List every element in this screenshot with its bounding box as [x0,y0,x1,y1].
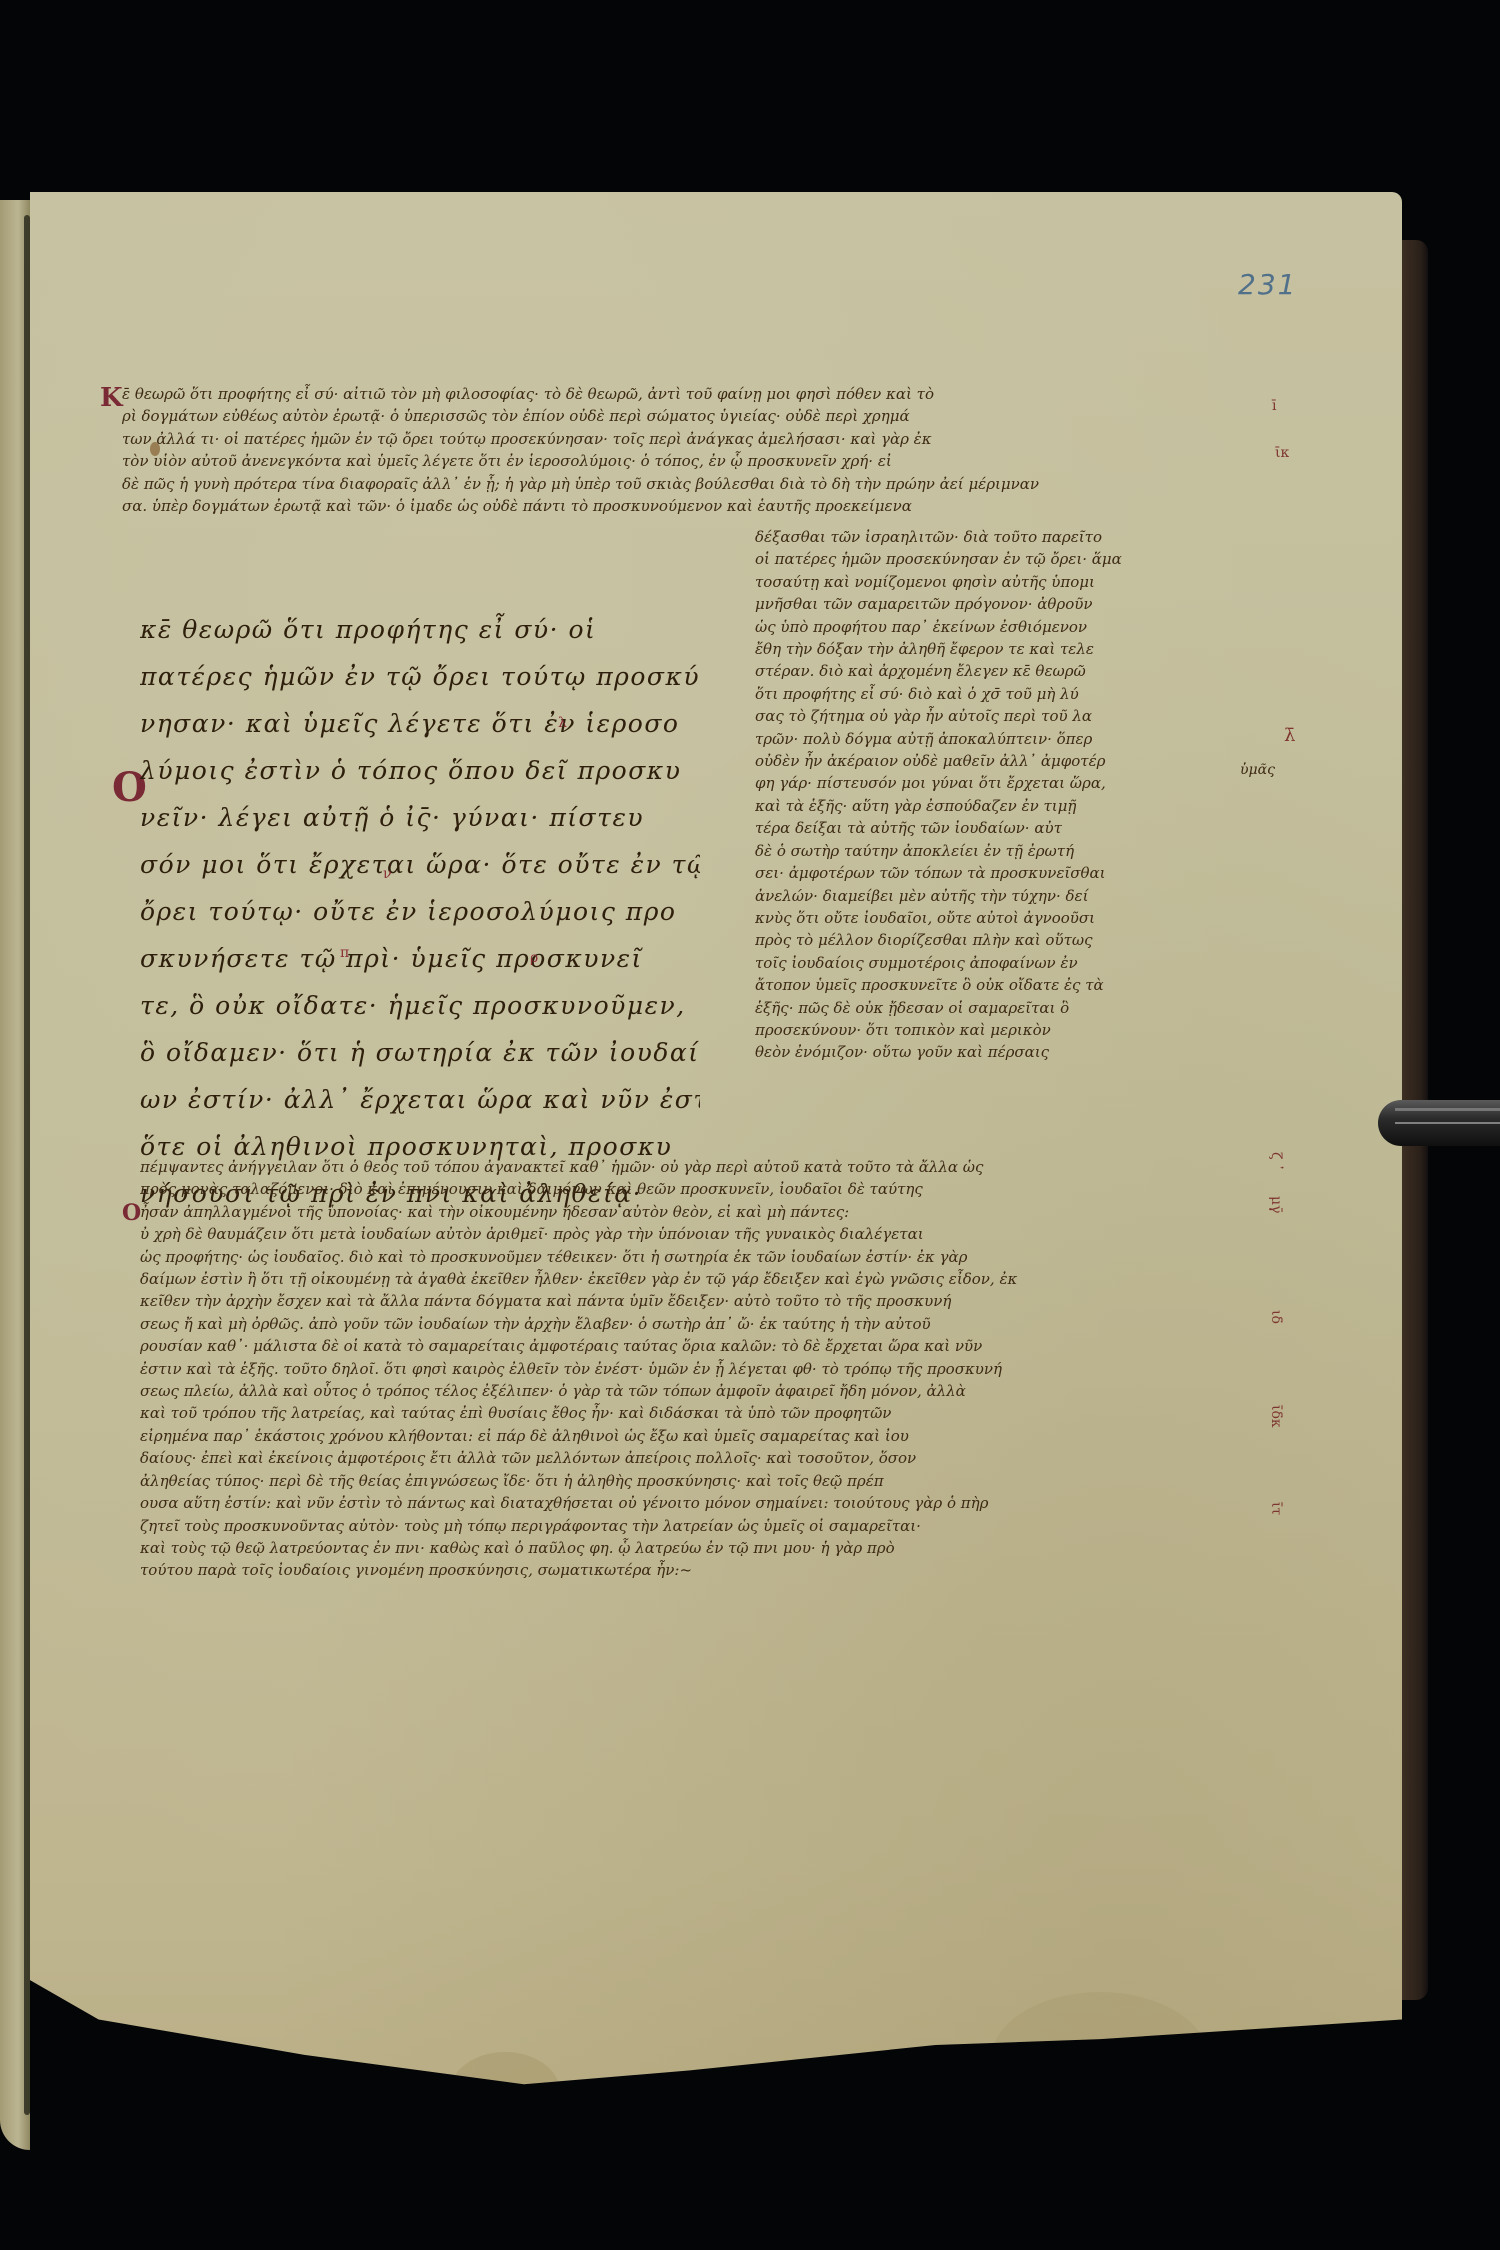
text-line: μνῆσθαι τῶν σαμαρειτῶν πρόγονον· ἀθροῦν [755,593,1215,615]
text-line: σεως πλείω, ἀλλὰ καὶ οὗτος ὁ τρόπος τέλο… [140,1380,1215,1402]
text-line: σεως ἤ καὶ μὴ ὀρθῶς. ἀπὸ γοῦν τῶν ἰουδαί… [140,1313,1215,1335]
interlinear-rubric-mark: λ [558,715,567,731]
margin-section-number: ῑτ [1268,1502,1284,1515]
text-line: στέραν. διὸ καὶ ἀρχομένη ἔλεγεν κε̄ θεωρ… [755,660,1215,682]
text-line: καὶ τὰ ἑξῆς· αὕτη γὰρ ἐσπούδαζεν ἐν τιμῇ [755,795,1215,817]
text-line: ἑξῆς· πῶς δὲ οὐκ ᾔδεσαν οἱ σαμαρεῖται ὃ [755,997,1215,1019]
lemma-line: νησαν· καὶ ὑμεῖς λέγετε ὅτι ἐν ἱεροσο [140,700,700,747]
text-line: κνὺς ὅτι οὔτε ἰουδαῖοι, οὔτε αὐτοὶ ἀγνοο… [755,907,1215,929]
text-line: ἐστιν καὶ τὰ ἑξῆς. τοῦτο δηλοῖ. ὅτι φησὶ… [140,1358,1215,1380]
clip-highlight [1395,1122,1500,1124]
text-line: οὐδὲν ἦν ἀκέραιον οὐδὲ μαθεῖν ἀλλ᾽ ἀμφοτ… [755,750,1215,772]
text-line: ε̄ θεωρῶ ὅτι προφήτης εἶ σύ· αἰτιῶ τὸν μ… [122,383,1212,405]
interlinear-rubric-mark: ρ [530,950,538,966]
lemma-line: τε, ὃ οὐκ οἴδατε· ἡμεῖς προσκυνοῦμεν, [140,982,700,1029]
text-line: ὡς προφήτης· ὡς ἰουδαῖος. διὸ καὶ τὸ προ… [140,1246,1215,1268]
text-line: ἦσαν ἀπηλλαγμένοι τῆς ὑπονοίας· καὶ τὴν … [140,1201,1215,1223]
text-line: σα. ὑπὲρ δογμάτων ἐρωτᾷ καὶ τῶν· ὁ ἰμαδε… [122,495,1212,517]
lemma-line: κε̄ θεωρῶ ὅτι προφήτης εἶ σύ· οἱ [140,606,700,653]
text-line: ρουσίαν καθ᾽· μάλιστα δὲ οἱ κατὰ τὸ σαμα… [140,1335,1215,1357]
text-line: δὲ ὁ σωτὴρ ταύτην ἀποκλείει ἐν τῇ ἐρωτή [755,840,1215,862]
text-line: δαίμων ἐστὶν ἢ ὅτι τῇ οἰκουμένῃ τὰ ἀγαθὰ… [140,1268,1215,1290]
text-line: τρῶν· πολὺ δόγμα αὐτῇ ἀποκαλύπτειν· ὅπερ [755,728,1215,750]
text-line: ὅτι προφήτης εἶ σύ· διὸ καὶ ὁ χσ̄ τοῦ μὴ… [755,683,1215,705]
rubric-initial-omicron-small: Ο [122,1200,141,1226]
margin-section-number: ιδ̄ [1268,1310,1284,1324]
text-line: τοσαύτῃ καὶ νομίζομενοι φησὶν αὐτῆς ὑπομ… [755,571,1215,593]
text-line: ζητεῖ τοὺς προσκυνοῦντας αὐτὸν· τοὺς μὴ … [140,1515,1215,1537]
interlinear-rubric-mark: ν [383,866,392,882]
margin-gloss: ὑμᾶς [1240,762,1275,778]
text-line: τοῖς ἰουδαίοις συμμοτέροις ἀποφαίνων ἐν [755,952,1215,974]
text-line: τούτου παρὰ τοῖς ἰουδαίοις γινομένη προσ… [140,1559,1215,1581]
text-line: καὶ τοὺς τῷ θεῷ λατρεύοντας ἐν πνι· καθὼ… [140,1537,1215,1559]
lemma-line: σκυνήσετε τῷ πρὶ· ὑμεῖς προσκυνεῖ [140,935,700,982]
commentary-bottom-block: πέμψαντες ἀνήγγειλαν ὅτι ὁ θεὸς τοῦ τόπο… [140,1156,1215,1582]
gutter-fold [24,215,30,2115]
margin-section-number: μγ̄ [1268,1196,1284,1213]
margin-section-number: λ̄ [1284,725,1295,746]
text-line: δαίους· ἐπεὶ καὶ ἐκείνοις ἀμφοτέροις ἔτι… [140,1447,1215,1469]
text-line: ἀνελών· διαμείβει μὲν αὐτῆς τὴν τύχην· δ… [755,885,1215,907]
text-line: τὸν υἱὸν αὐτοῦ ἀνενεγκόντα καὶ ὑμεῖς λέγ… [122,450,1212,472]
folio-number: 231 [1238,268,1297,301]
text-line: τέρα δείξαι τὰ αὐτῆς τῶν ἰουδαίων· αὐτ [755,817,1215,839]
text-line: ουσα αὕτη ἐστίν: καὶ νῦν ἐστὶν τὸ πάντως… [140,1492,1215,1514]
text-line: ἔθη τὴν δόξαν τὴν ἀληθῆ ἔφερον τε καὶ τε… [755,638,1215,660]
text-line: εἰρημένα παρ᾽ ἑκάστοις χρόνου κλήθονται:… [140,1425,1215,1447]
lemma-line: πατέρες ἡμῶν ἐν τῷ ὄρει τούτῳ προσκύ [140,653,700,700]
margin-section-number: ῑδ̄κ [1268,1405,1284,1428]
lemma-line: νεῖν· λέγει αὐτῇ ὁ ἰς̄· γύναι· πίστευ [140,794,700,841]
clip-highlight [1395,1108,1500,1111]
rubric-initial-kappa: Κ [100,383,123,413]
interlinear-rubric-mark: π [340,945,349,961]
text-line: κεῖθεν τὴν ἀρχὴν ἔσχεν καὶ τὰ ἄλλα πάντα… [140,1290,1215,1312]
text-line: δέξασθαι τῶν ἰσραηλιτῶν· διὰ τοῦτο παρεῖ… [755,526,1215,548]
lemma-line: λύμοις ἐστὶν ὁ τόπος ὅπου δεῖ προσκυ [140,747,700,794]
commentary-right-column: δέξασθαι τῶν ἰσραηλιτῶν· διὰ τοῦτο παρεῖ… [755,526,1215,1064]
commentary-top-block: ε̄ θεωρῶ ὅτι προφήτης εἶ σύ· αἰτιῶ τὸν μ… [122,383,1212,517]
lemma-line: ὄρει τούτῳ· οὔτε ἐν ἱεροσολύμοις προ [140,888,700,935]
text-line: καὶ τοῦ τρόπου τῆς λατρείας, καὶ ταύτας … [140,1402,1215,1424]
text-line: οἱ πατέρες ἡμῶν προσεκύνησαν ἐν τῷ ὄρει·… [755,548,1215,570]
lemma-line: ων ἐστίν· ἀλλ᾽ ἔρχεται ὥρα καὶ νῦν ἐστιν… [140,1076,700,1123]
lemma-line: σόν μοι ὅτι ἔρχεται ὥρα· ὅτε οὔτε ἐν τῷ [140,841,700,888]
text-line: ρὶ δογμάτων εὐθέως αὐτὸν ἐρωτᾷ· ὁ ὑπερισ… [122,405,1212,427]
text-line: πρὸς τὸ μέλλον διορίζεσθαι πλὴν καὶ οὕτω… [755,929,1215,951]
text-line: σει· ἀμφοτέρων τῶν τόπων τὰ προσκυνεῖσθα… [755,862,1215,884]
text-line: πρὸς μονὰς ταλαζόμενοι· διὸ καὶ ἐπιμένου… [140,1178,1215,1200]
text-line: σας τὸ ζήτημα οὐ γὰρ ἦν αὐτοῖς περὶ τοῦ … [755,705,1215,727]
text-line: δὲ πῶς ἡ γυνὴ πρότερα τίνα διαφοραῖς ἀλλ… [122,473,1212,495]
text-line: φη γάρ· πίστευσόν μοι γύναι ὅτι ἔρχεται … [755,772,1215,794]
gospel-lemma-block: κε̄ θεωρῶ ὅτι προφήτης εἶ σύ· οἱ πατέρες… [140,606,700,1217]
text-line: θεὸν ἐνόμιζον· οὕτω γοῦν καὶ πέρσαις [755,1041,1215,1063]
text-line: ἄτοπον ὑμεῖς προσκυνεῖτε ὃ οὐκ οἴδατε ἐς… [755,974,1215,996]
margin-section-number: ζ ᾽ [1268,1152,1284,1171]
text-line: των ἀλλά τι· οἱ πατέρες ἡμῶν ἐν τῷ ὄρει … [122,428,1212,450]
text-line: ὐ χρὴ δὲ θαυμάζειν ὅτι μετὰ ἰουδαίων αὐτ… [140,1223,1215,1245]
margin-section-number: ī [1272,398,1276,414]
text-line: πέμψαντες ἀνήγγειλαν ὅτι ὁ θεὸς τοῦ τόπο… [140,1156,1215,1178]
text-line: προσεκύνουν· ὅτι τοπικὸν καὶ μερικὸν [755,1019,1215,1041]
lemma-line: ὃ οἴδαμεν· ὅτι ἡ σωτηρία ἐκ τῶν ἰουδαί [140,1029,700,1076]
text-line: ὡς ὑπὸ προφήτου παρ᾽ ἐκείνων ἐσθιόμενον [755,616,1215,638]
text-line: ἀληθείας τύπος· περὶ δὲ τῆς θείας ἐπιγνώ… [140,1470,1215,1492]
margin-section-number: ῑκ [1275,445,1289,461]
